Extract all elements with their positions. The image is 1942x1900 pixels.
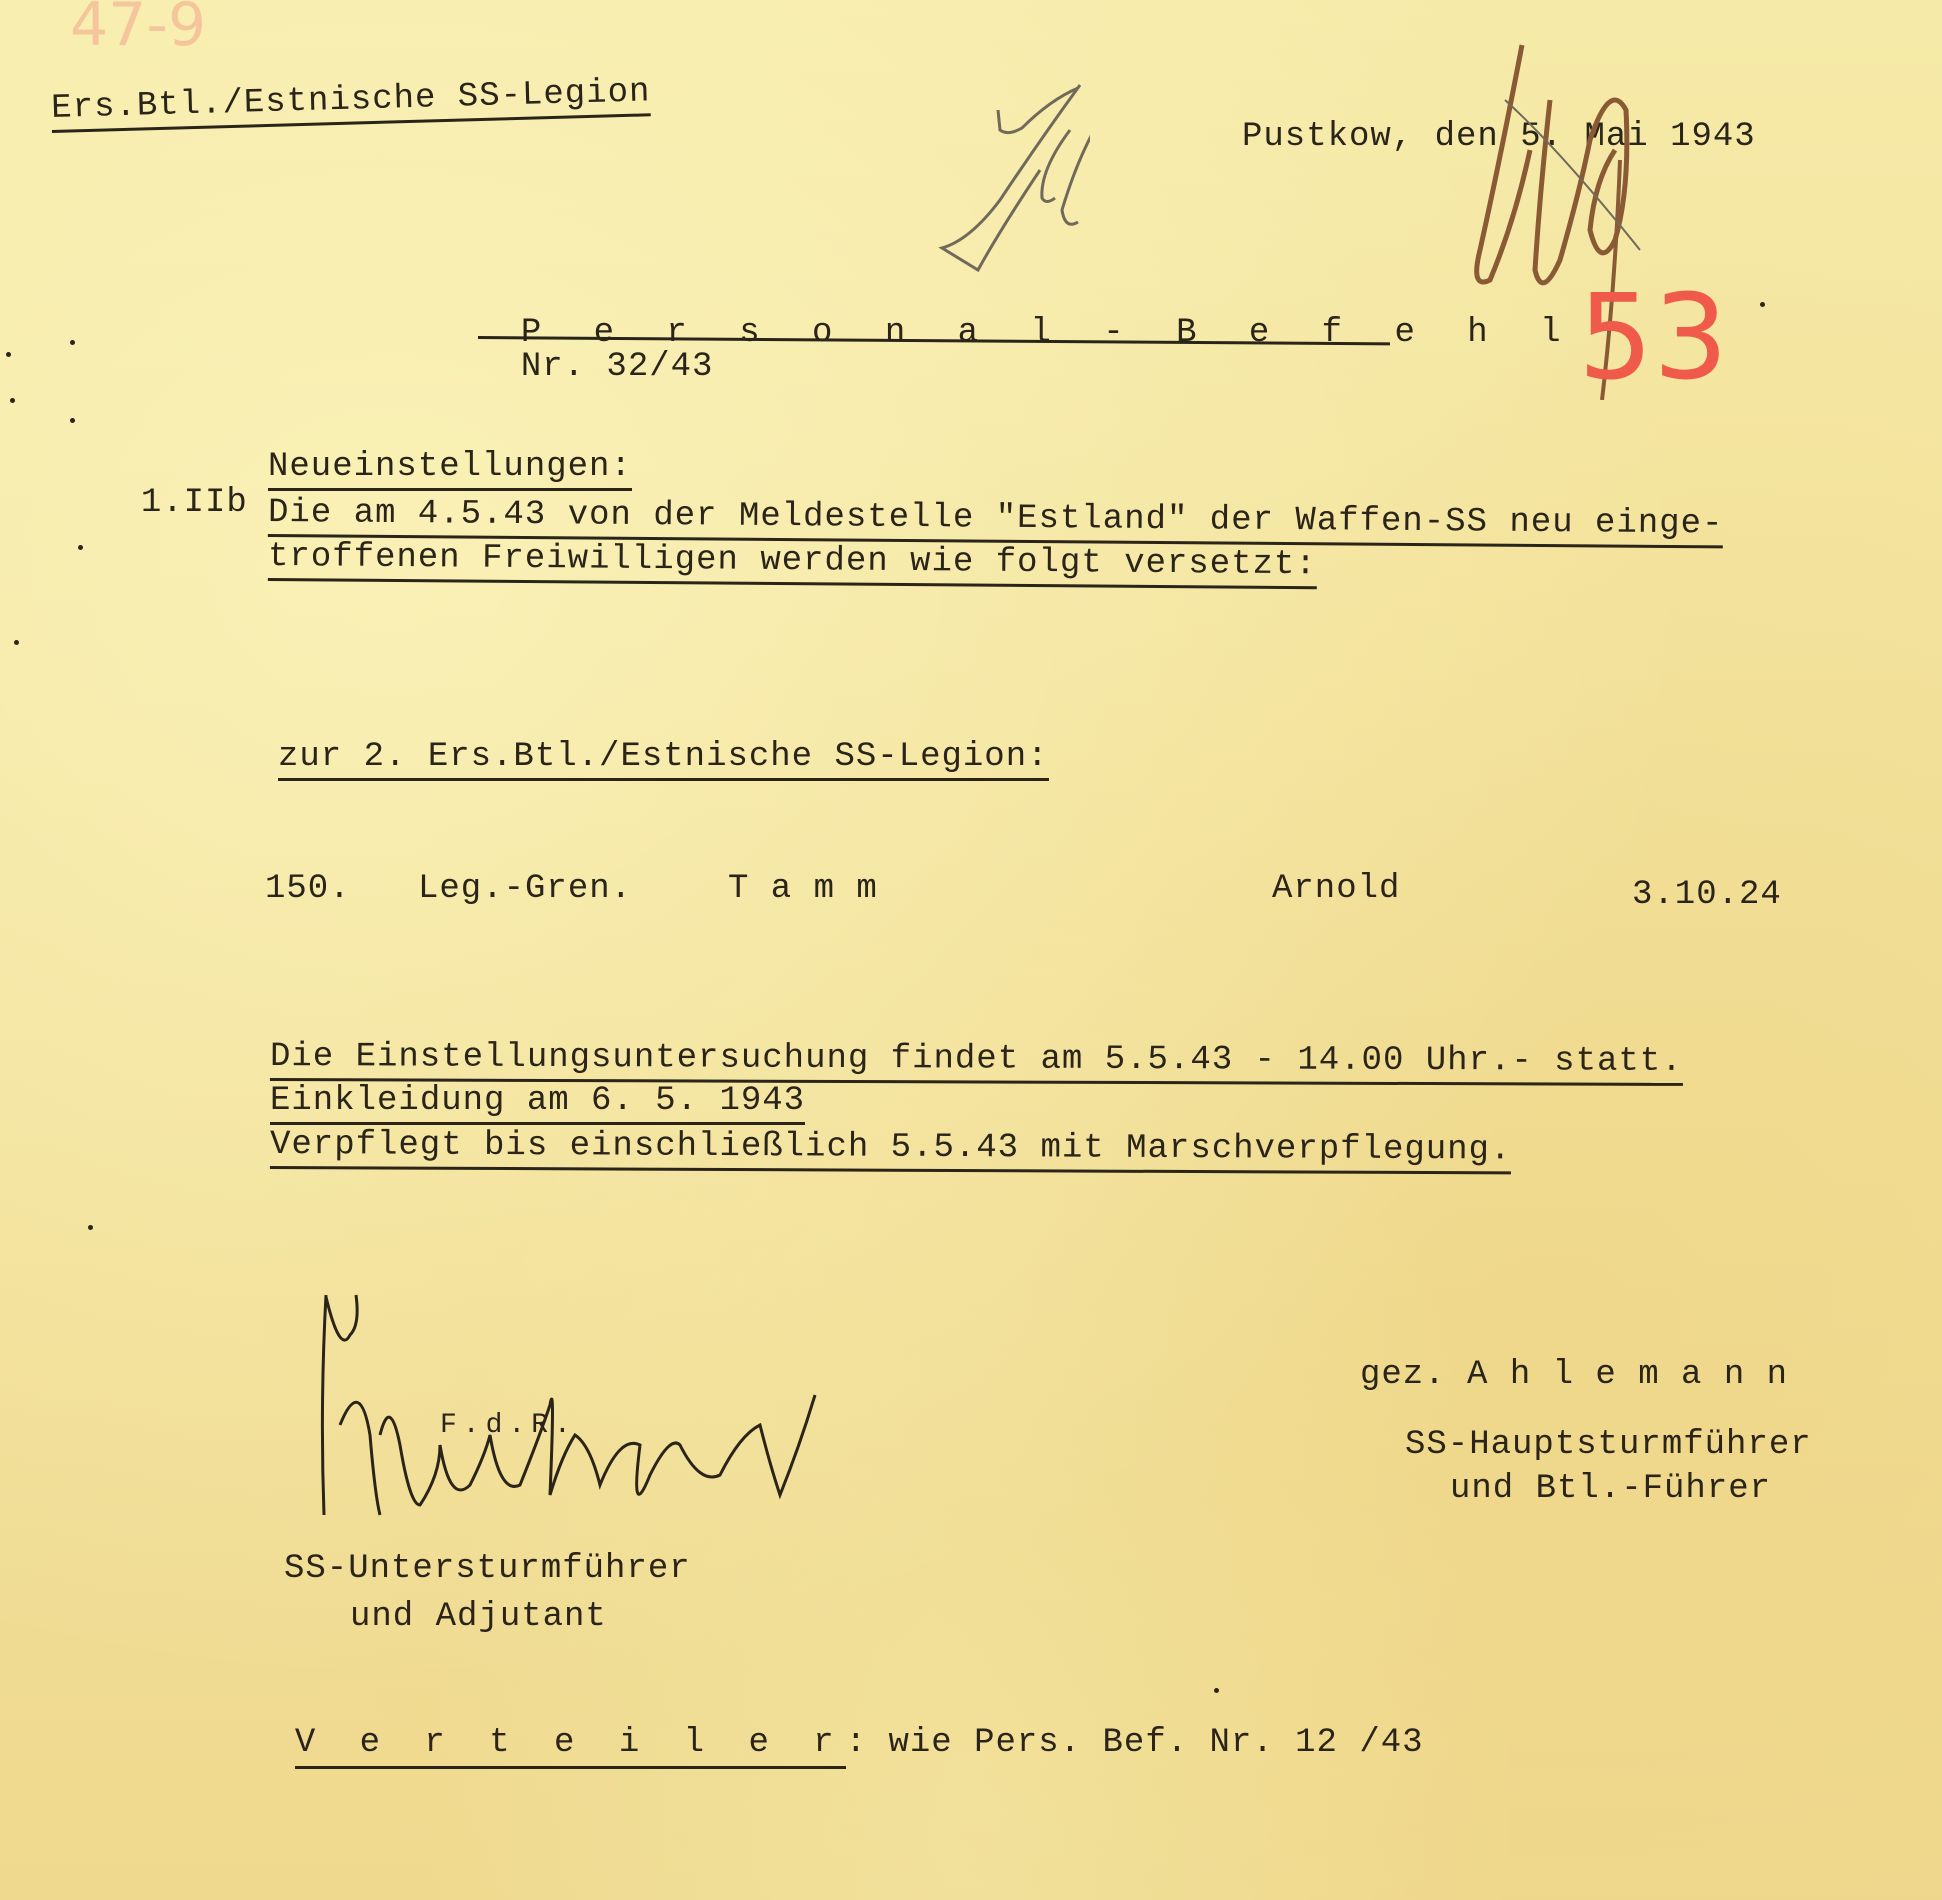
pencil-initials-mark	[930, 80, 1090, 280]
title-number: Nr. 32/43	[521, 348, 714, 386]
section-body-line2: troffenen Freiwilligen werden wie folgt …	[268, 540, 1317, 589]
typewriter-speck	[88, 1225, 93, 1230]
entry-first-name: Arnold	[1272, 872, 1400, 906]
typewriter-speck	[1760, 302, 1765, 307]
typewriter-speck	[10, 398, 15, 403]
red-folio-number: 53	[1578, 278, 1728, 396]
document-title: P e r s o n a l - B e f e h l Nr. 32/43	[478, 282, 1577, 384]
right-signer-role: und Btl.-Führer	[1450, 1472, 1771, 1506]
title-label: P e r s o n a l - B e f e h l	[521, 314, 1577, 352]
instruction-examination: Die Einstellungsuntersuchung findet am 5…	[270, 1040, 1683, 1086]
faded-red-mark: 47-9	[70, 0, 206, 60]
typewriter-speck	[1214, 1688, 1219, 1693]
typewriter-speck	[14, 640, 19, 645]
entry-birth-date: 3.10.24	[1632, 878, 1782, 912]
fdr-label: F.d.R.	[440, 1412, 577, 1440]
assignment-destination: zur 2. Ers.Btl./Estnische SS-Legion:	[278, 740, 1049, 781]
typewriter-speck	[6, 352, 11, 357]
entry-surname: T a m m	[728, 872, 878, 906]
instruction-clothing: Einkleidung am 6. 5. 1943	[270, 1084, 805, 1125]
distribution-value: wie Pers. Bef. Nr. 12 /43	[888, 1724, 1423, 1762]
entry-number: 150.	[265, 872, 351, 906]
distribution-label: V e r t e i l e r	[295, 1724, 846, 1769]
typewriter-speck	[70, 340, 75, 345]
section-number: 1.IIb	[98, 452, 248, 520]
left-signer-rank: SS-Untersturmführer	[284, 1552, 691, 1586]
left-signer-role: und Adjutant	[350, 1600, 607, 1634]
right-signer-rank: SS-Hauptsturmführer	[1405, 1428, 1812, 1462]
right-signer-signed: gez. A h l e m a n n	[1360, 1358, 1788, 1392]
typewriter-speck	[70, 418, 75, 423]
instruction-rations: Verpflegt bis einschließlich 5.5.43 mit …	[270, 1128, 1512, 1174]
typewriter-speck	[78, 545, 83, 550]
entry-rank: Leg.-Gren.	[418, 872, 632, 906]
distribution-line: V e r t e i l e r: wie Pers. Bef. Nr. 12…	[252, 1692, 1424, 1760]
section-heading: Neueinstellungen:	[268, 450, 632, 491]
